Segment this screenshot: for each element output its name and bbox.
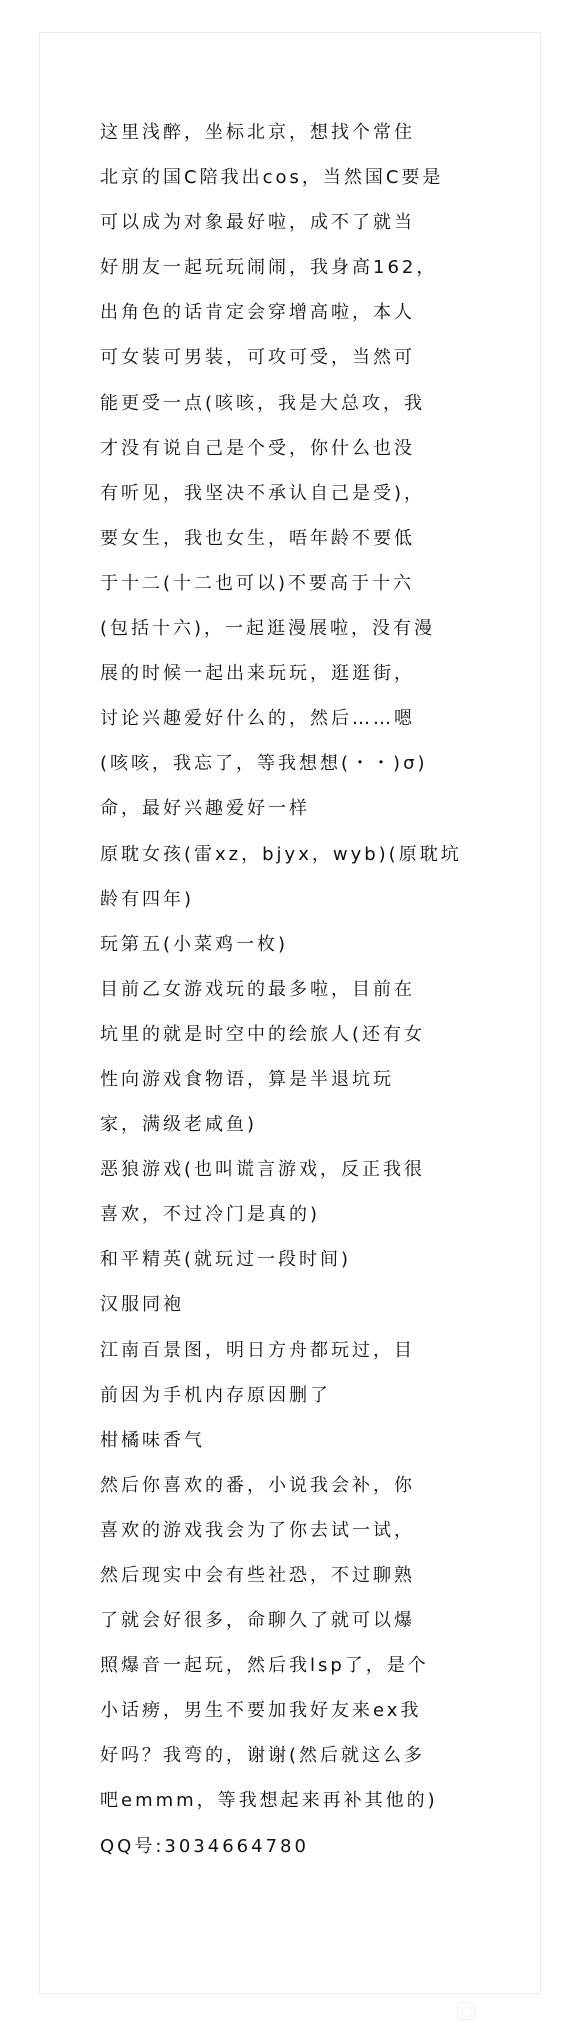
post-line: 柑橘味香气 [100,1418,480,1463]
post-line: 家，满级老咸鱼) [100,1102,480,1147]
post-line: 了就会好很多，命聊久了就可以爆 [100,1598,480,1643]
post-line: 能更受一点(咳咳，我是大总攻，我 [100,381,480,426]
post-line: 坑里的就是时空中的绘旅人(还有女 [100,1012,480,1057]
watermark-logo-icon [457,2002,475,2020]
post-line: (包括十六)，一起逛漫展啦，没有漫 [100,606,480,651]
post-line: 吧emmm，等我想起来再补其他的) [100,1778,480,1823]
post-line: 江南百景图，明日方舟都玩过，目 [100,1328,480,1373]
post-line: 龄有四年) [100,877,480,922]
post-body: 这里浅醉，坐标北京，想找个常住 北京的国C陪我出cos，当然国C要是 可以成为对… [100,110,480,1869]
post-line: 才没有说自己是个受，你什么也没 [100,426,480,471]
post-line: (咳咳，我忘了，等我想想(・・)σ) [100,741,480,786]
post-card: 这里浅醉，坐标北京，想找个常住 北京的国C陪我出cos，当然国C要是 可以成为对… [39,32,541,1994]
post-line: 目前乙女游戏玩的最多啦，目前在 [100,967,480,1012]
post-line: 小话痨，男生不要加我好友来ex我 [100,1688,480,1733]
post-line: 展的时候一起出来玩玩，逛逛街， [100,651,480,696]
post-line: 汉服同袍 [100,1282,480,1327]
post-line: 原耽女孩(雷xz，bjyx，wyb)(原耽坑 [100,832,480,877]
post-line: 这里浅醉，坐标北京，想找个常住 [100,110,480,155]
post-line: 要女生，我也女生，唔年龄不要低 [100,516,480,561]
post-line: 然后现实中会有些社恐，不过聊熟 [100,1553,480,1598]
post-line: 玩第五(小菜鸡一枚) [100,922,480,967]
post-line: 命，最好兴趣爱好一样 [100,786,480,831]
post-line: 讨论兴趣爱好什么的，然后……嗯 [100,696,480,741]
post-line: 和平精英(就玩过一段时间) [100,1237,480,1282]
post-line: 可以成为对象最好啦，成不了就当 [100,200,480,245]
post-line: 前因为手机内存原因删了 [100,1373,480,1418]
post-line: 照爆音一起玩，然后我lsp了，是个 [100,1643,480,1688]
post-line: 性向游戏食物语，算是半退坑玩 [100,1057,480,1102]
qq-number-line: QQ号:3034664780 [100,1824,480,1869]
post-line: 有听见，我坚决不承认自己是受)， [100,471,480,516]
post-line: 喜欢的游戏我会为了你去试一试， [100,1508,480,1553]
post-line: 北京的国C陪我出cos，当然国C要是 [100,155,480,200]
post-line: 恶狼游戏(也叫谎言游戏，反正我很 [100,1147,480,1192]
post-line: 于十二(十二也可以)不要高于十六 [100,561,480,606]
post-line: 可女装可男装，可攻可受，当然可 [100,335,480,380]
post-line: 好吗？我弯的，谢谢(然后就这么多 [100,1733,480,1778]
post-line: 喜欢，不过冷门是真的) [100,1192,480,1237]
post-line: 好朋友一起玩玩闹闹，我身高162， [100,245,480,290]
post-line: 然后你喜欢的番，小说我会补，你 [100,1463,480,1508]
post-line: 出角色的话肯定会穿增高啦，本人 [100,290,480,335]
